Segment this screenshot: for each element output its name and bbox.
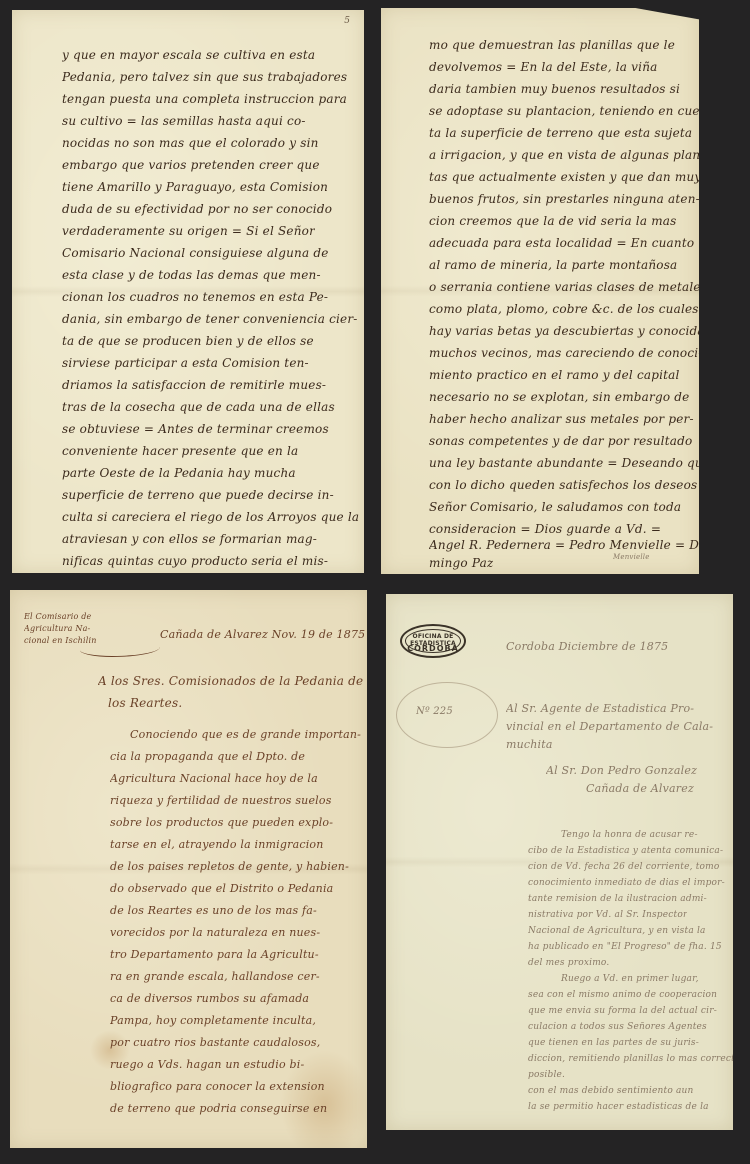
text-line: dania, sin embargo de tener conveniencia… (62, 312, 358, 326)
text-line: bliografico para conocer la extension (110, 1080, 325, 1093)
text-line: tras de la cosecha que de cada una de el… (62, 400, 335, 414)
text-line: tro Departamento para la Agricultu- (110, 948, 319, 961)
text-line: esta clase y de todas las demas que men- (62, 268, 321, 282)
text-line: nificas quintas cuyo producto seria el m… (62, 554, 328, 568)
text-line: y que en mayor escala se cultiva en esta (62, 48, 315, 62)
text-line: cia la propaganda que el Dpto. de (110, 750, 305, 763)
text-line: con lo dicho queden satisfechos los dese… (429, 478, 699, 492)
text-line: la se permitio hacer estadisticas de la (528, 1102, 709, 1112)
text-line: tiene Amarillo y Paraguayo, esta Comisio… (62, 180, 328, 194)
manuscript-page-2: mo que demuestran las planillas que le d… (381, 8, 699, 574)
text-line: Agricultura Nacional hace hoy de la (110, 772, 318, 785)
text-line: que me envia su forma la del actual cir- (528, 1006, 717, 1016)
text-line: con el mas debido sentimiento aun (528, 1086, 694, 1096)
text-line: al ramo de mineria, la parte montañosa (429, 258, 677, 272)
text-line: adecuada para esta localidad = En cuanto (429, 236, 694, 250)
text-line: conocimiento inmediato de dias el impor- (528, 878, 725, 888)
text-line: nocidas no son mas que el colorado y sin (62, 136, 319, 150)
text-line: mo que demuestran las planillas que le (429, 38, 675, 52)
text-line: tengan puesta una completa instruccion p… (62, 92, 347, 106)
text-line: do observado que el Distrito o Pedania (110, 882, 333, 895)
text-line: ruego a Vds. hagan un estudio bi- (110, 1058, 304, 1071)
text-line: tarse en el, atrayendo la inmigracion (110, 838, 324, 851)
text-line: devolvemos = En la del Este, la viña (429, 60, 657, 74)
text-line: driamos la satisfaccion de remitirle mue… (62, 378, 326, 392)
text-line: muchos vecinos, mas careciendo de conoci… (429, 346, 699, 360)
signature-annotation: Menvielle (613, 553, 650, 561)
text-line: cion creemos que la de vid seria la mas (429, 214, 677, 228)
text-line: Conociendo que es de grande importan- (130, 728, 361, 741)
text-line: ta de que se producen bien y de ellos se (62, 334, 314, 348)
text-line: embargo que varios pretenden creer que (62, 158, 320, 172)
text-line: Comisario Nacional consiguiese alguna de (62, 246, 329, 260)
text-line: Pedania, pero talvez sin que sus trabaja… (62, 70, 347, 84)
manuscript-page-4: OFICINA DE ESTADISTICA CORDOBA Cordoba D… (386, 594, 733, 1130)
signature-line: mingo Paz (429, 556, 493, 570)
text-line: de terreno que podria conseguirse en (110, 1102, 327, 1115)
text-line: Ruego a Vd. en primer lugar, (561, 974, 699, 984)
text-line: sonas competentes y de dar por resultado (429, 434, 692, 448)
page-2-text: mo que demuestran las planillas que le d… (381, 8, 699, 574)
text-line: Tengo la honra de acusar re- (561, 830, 698, 840)
text-line: de los Reartes es uno de los mas fa- (110, 904, 317, 917)
text-line: cionan los cuadros no tenemos en esta Pe… (62, 290, 328, 304)
text-line: culta si careciera el riego de los Arroy… (62, 510, 359, 524)
manuscript-page-1: 5 y que en mayor escala se cultiva en es… (12, 10, 364, 573)
text-line: ra en grande escala, hallandose cer- (110, 970, 320, 983)
text-line: haber hecho analizar sus metales por per… (429, 412, 694, 426)
text-line: verdaderamente su origen = Si el Señor (62, 224, 315, 238)
text-line: buenos frutos, sin prestarles ninguna at… (429, 192, 699, 206)
page-1-text: y que en mayor escala se cultiva en esta… (12, 10, 364, 573)
text-line: sea con el mismo animo de cooperacion (528, 990, 717, 1000)
text-line: Nacional de Agricultura, y en vista la (528, 926, 706, 936)
text-line: nistrativa por Vd. al Sr. Inspector (528, 910, 687, 920)
text-line: parte Oeste de la Pedania hay mucha (62, 466, 296, 480)
text-line: tas que actualmente existen y que dan mu… (429, 170, 699, 184)
text-line: culacion a todos sus Señores Agentes (528, 1022, 707, 1032)
text-line: se adoptase su plantacion, teniendo en c… (429, 104, 699, 118)
text-line: de los paises repletos de gente, y habie… (110, 860, 349, 873)
text-line: sobre los productos que pueden explo- (110, 816, 333, 829)
text-line: consideracion = Dios guarde a Vd. = (429, 522, 661, 536)
text-line: se obtuviese = Antes de terminar creemos (62, 422, 329, 436)
text-line: miento practico en el ramo y del capital (429, 368, 680, 382)
text-line: como plata, plomo, cobre &c. de los cual… (429, 302, 699, 316)
manuscript-page-3: El Comisario de Agricultura Na- cional e… (10, 590, 367, 1148)
text-line: hay varias betas ya descubiertas y conoc… (429, 324, 699, 338)
text-line: vorecidos por la naturaleza en nues- (110, 926, 320, 939)
page-3-body: Conociendo que es de grande importan- ci… (10, 590, 367, 1148)
text-line: su cultivo = las semillas hasta aqui co- (62, 114, 306, 128)
text-line: cion de Vd. fecha 26 del corriente, tomo (528, 862, 720, 872)
text-line: o serrania contiene varias clases de met… (429, 280, 699, 294)
text-line: diccion, remitiendo planillas lo mas cor… (528, 1054, 733, 1064)
text-line: superficie de terreno que puede decirse … (62, 488, 334, 502)
text-line: cibo de la Estadistica y atenta comunica… (528, 846, 723, 856)
text-line: riqueza y fertilidad de nuestros suelos (110, 794, 332, 807)
text-line: posible. (528, 1070, 565, 1080)
page-4-body: Tengo la honra de acusar re- cibo de la … (386, 594, 733, 1130)
text-line: sirviese participar a esta Comision ten- (62, 356, 309, 370)
text-line: del mes proximo. (528, 958, 609, 968)
text-line: tante remision de la ilustracion admi- (528, 894, 707, 904)
text-line: a irrigacion, y que en vista de algunas … (429, 148, 699, 162)
signature-line: Angel R. Pedernera = Pedro Menvielle = D… (429, 538, 699, 552)
text-line: Pampa, hoy completamente inculta, (110, 1014, 316, 1027)
text-line: ca de diversos rumbos su afamada (110, 992, 309, 1005)
text-line: ha publicado en "El Progreso" de fha. 15 (528, 942, 722, 952)
text-line: duda de su efectividad por no ser conoci… (62, 202, 332, 216)
text-line: por cuatro rios bastante caudalosos, (110, 1036, 320, 1049)
text-line: conveniente hacer presente que en la (62, 444, 298, 458)
text-line: daria tambien muy buenos resultados si (429, 82, 680, 96)
text-line: Señor Comisario, le saludamos con toda (429, 500, 681, 514)
text-line: atraviesan y con ellos se formarian mag- (62, 532, 317, 546)
text-line: una ley bastante abundante = Deseando qu… (429, 456, 699, 470)
text-line: ta la superficie de terreno que esta suj… (429, 126, 692, 140)
text-line: necesario no se explotan, sin embargo de (429, 390, 689, 404)
text-line: que tienen en las partes de su juris- (528, 1038, 699, 1048)
